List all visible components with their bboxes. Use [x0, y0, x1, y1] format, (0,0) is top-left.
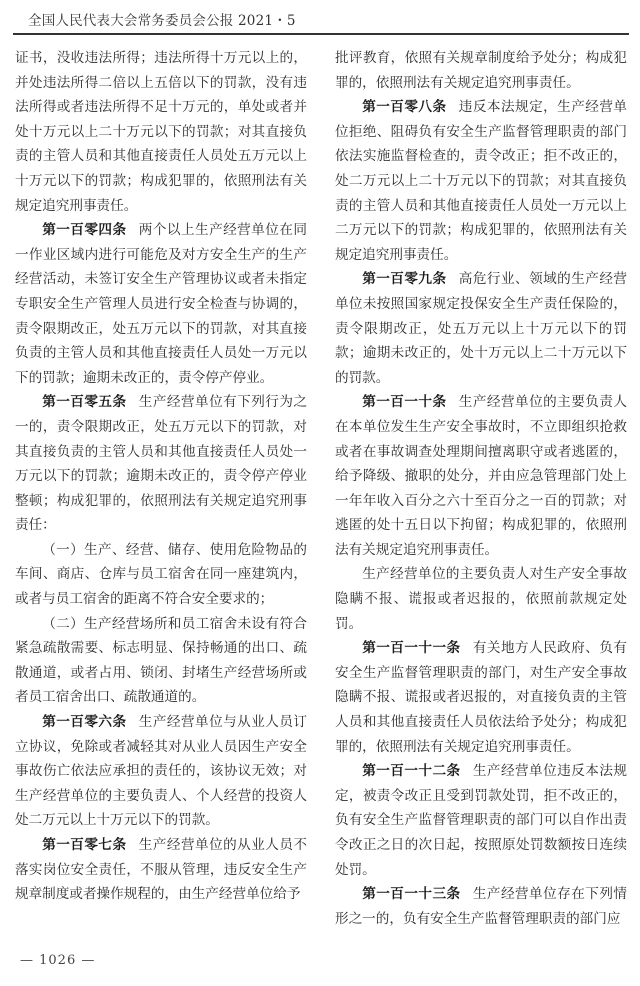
article-number: 第一百一十二条: [362, 763, 460, 779]
left-column: 证书，没收违法所得；违法所得十万元以上的，并处违法所得二倍以上五倍以下的罚款，没…: [15, 46, 307, 907]
list-item-paragraph: （二）生产经营场所和员工宿舍未设有符合紧急疏散需要、标志明显、保持畅通的出口、疏…: [15, 612, 307, 710]
article-number: 第一百零七条: [42, 837, 126, 853]
article-paragraph: 第一百零九条高危行业、领域的生产经营单位未按照国家规定投保安全生产责任保险的，责…: [335, 267, 627, 390]
article-paragraph: 第一百一十一条有关地方人民政府、负有安全生产监督管理职责的部门，对生产安全事故隐…: [335, 636, 627, 759]
running-header: 全国人民代表大会常务委员会公报 2021・5: [28, 9, 296, 29]
article-number: 第一百一十一条: [362, 640, 460, 656]
article-paragraph: 第一百零六条生产经营单位与从业人员订立协议，免除或者减轻其对从业人员因生产安全事…: [15, 710, 307, 833]
paragraph-text: 生产经营单位与从业人员订立协议，免除或者减轻其对从业人员因生产安全事故伤亡依法应…: [15, 714, 307, 828]
paragraph: 证书，没收违法所得；违法所得十万元以上的，并处违法所得二倍以上五倍以下的罚款，没…: [15, 46, 307, 218]
right-column: 批评教育，依照有关规章制度给予处分；构成犯罪的，依照刑法有关规定追究刑事责任。 …: [335, 46, 627, 931]
article-number: 第一百一十三条: [362, 886, 460, 902]
paragraph: 生产经营单位的主要负责人对生产安全事故隐瞒不报、谎报或者迟报的，依照前款规定处罚…: [335, 562, 627, 636]
article-number: 第一百零五条: [42, 394, 126, 410]
article-paragraph: 第一百零七条生产经营单位的从业人员不落实岗位安全责任，不服从管理，违反安全生产规…: [15, 833, 307, 907]
article-paragraph: 第一百一十二条生产经营单位违反本法规定，被责令改正且受到罚款处罚，拒不改正的，负…: [335, 759, 627, 882]
article-paragraph: 第一百零五条生产经营单位有下列行为之一的，责令限期改正，处五万元以下的罚款，对其…: [15, 390, 307, 538]
paragraph-text: （二）生产经营场所和员工宿舍未设有符合紧急疏散需要、标志明显、保持畅通的出口、疏…: [15, 616, 307, 706]
paragraph-text: 有关地方人民政府、负有安全生产监督管理职责的部门，对生产安全事故隐瞒不报、谎报或…: [335, 640, 627, 754]
paragraph-text: 违反本法规定，生产经营单位拒绝、阻碍负有安全生产监督管理职责的部门依法实施监督检…: [335, 99, 627, 263]
paragraph-text: 证书，没收违法所得；违法所得十万元以上的，并处违法所得二倍以上五倍以下的罚款，没…: [15, 50, 307, 214]
paragraph-text: 高危行业、领域的生产经营单位未按照国家规定投保安全生产责任保险的，责令限期改正，…: [335, 271, 627, 385]
article-paragraph: 第一百一十三条生产经营单位存在下列情形之一的，负有安全生产监督管理职责的部门应: [335, 882, 627, 931]
article-paragraph: 第一百零八条违反本法规定，生产经营单位拒绝、阻碍负有安全生产监督管理职责的部门依…: [335, 95, 627, 267]
article-number: 第一百零八条: [362, 99, 446, 115]
paragraph-text: 两个以上生产经营单位在同一作业区域内进行可能危及对方安全生产的生产经营活动，未签…: [15, 222, 307, 386]
list-item-paragraph: （一）生产、经营、储存、使用危险物品的车间、商店、仓库与员工宿舍在同一座建筑内，…: [15, 538, 307, 612]
article-paragraph: 第一百一十条生产经营单位的主要负责人在本单位发生生产安全事故时，不立即组织抢救或…: [335, 390, 627, 562]
paragraph: 批评教育，依照有关规章制度给予处分；构成犯罪的，依照刑法有关规定追究刑事责任。: [335, 46, 627, 95]
header-divider: [13, 33, 629, 35]
paragraph-text: 生产经营单位违反本法规定，被责令改正且受到罚款处罚，拒不改正的，负有安全生产监督…: [335, 763, 627, 877]
paragraph-text: 生产经营单位有下列行为之一的，责令限期改正，处五万元以下的罚款，对其直接负责的主…: [15, 394, 307, 533]
paragraph-text: 生产经营单位的主要负责人对生产安全事故隐瞒不报、谎报或者迟报的，依照前款规定处罚…: [335, 566, 627, 631]
article-number: 第一百零六条: [42, 714, 126, 730]
article-paragraph: 第一百零四条两个以上生产经营单位在同一作业区域内进行可能危及对方安全生产的生产经…: [15, 218, 307, 390]
paragraph-text: （一）生产、经营、储存、使用危险物品的车间、商店、仓库与员工宿舍在同一座建筑内，…: [15, 542, 307, 607]
article-number: 第一百零九条: [362, 271, 446, 287]
paragraph-text: 生产经营单位的主要负责人在本单位发生生产安全事故时，不立即组织抢救或者在事故调查…: [335, 394, 627, 558]
page-number: — 1026 —: [20, 953, 95, 968]
paragraph-text: 批评教育，依照有关规章制度给予处分；构成犯罪的，依照刑法有关规定追究刑事责任。: [335, 50, 627, 91]
article-number: 第一百一十条: [362, 394, 446, 410]
article-number: 第一百零四条: [42, 222, 126, 238]
